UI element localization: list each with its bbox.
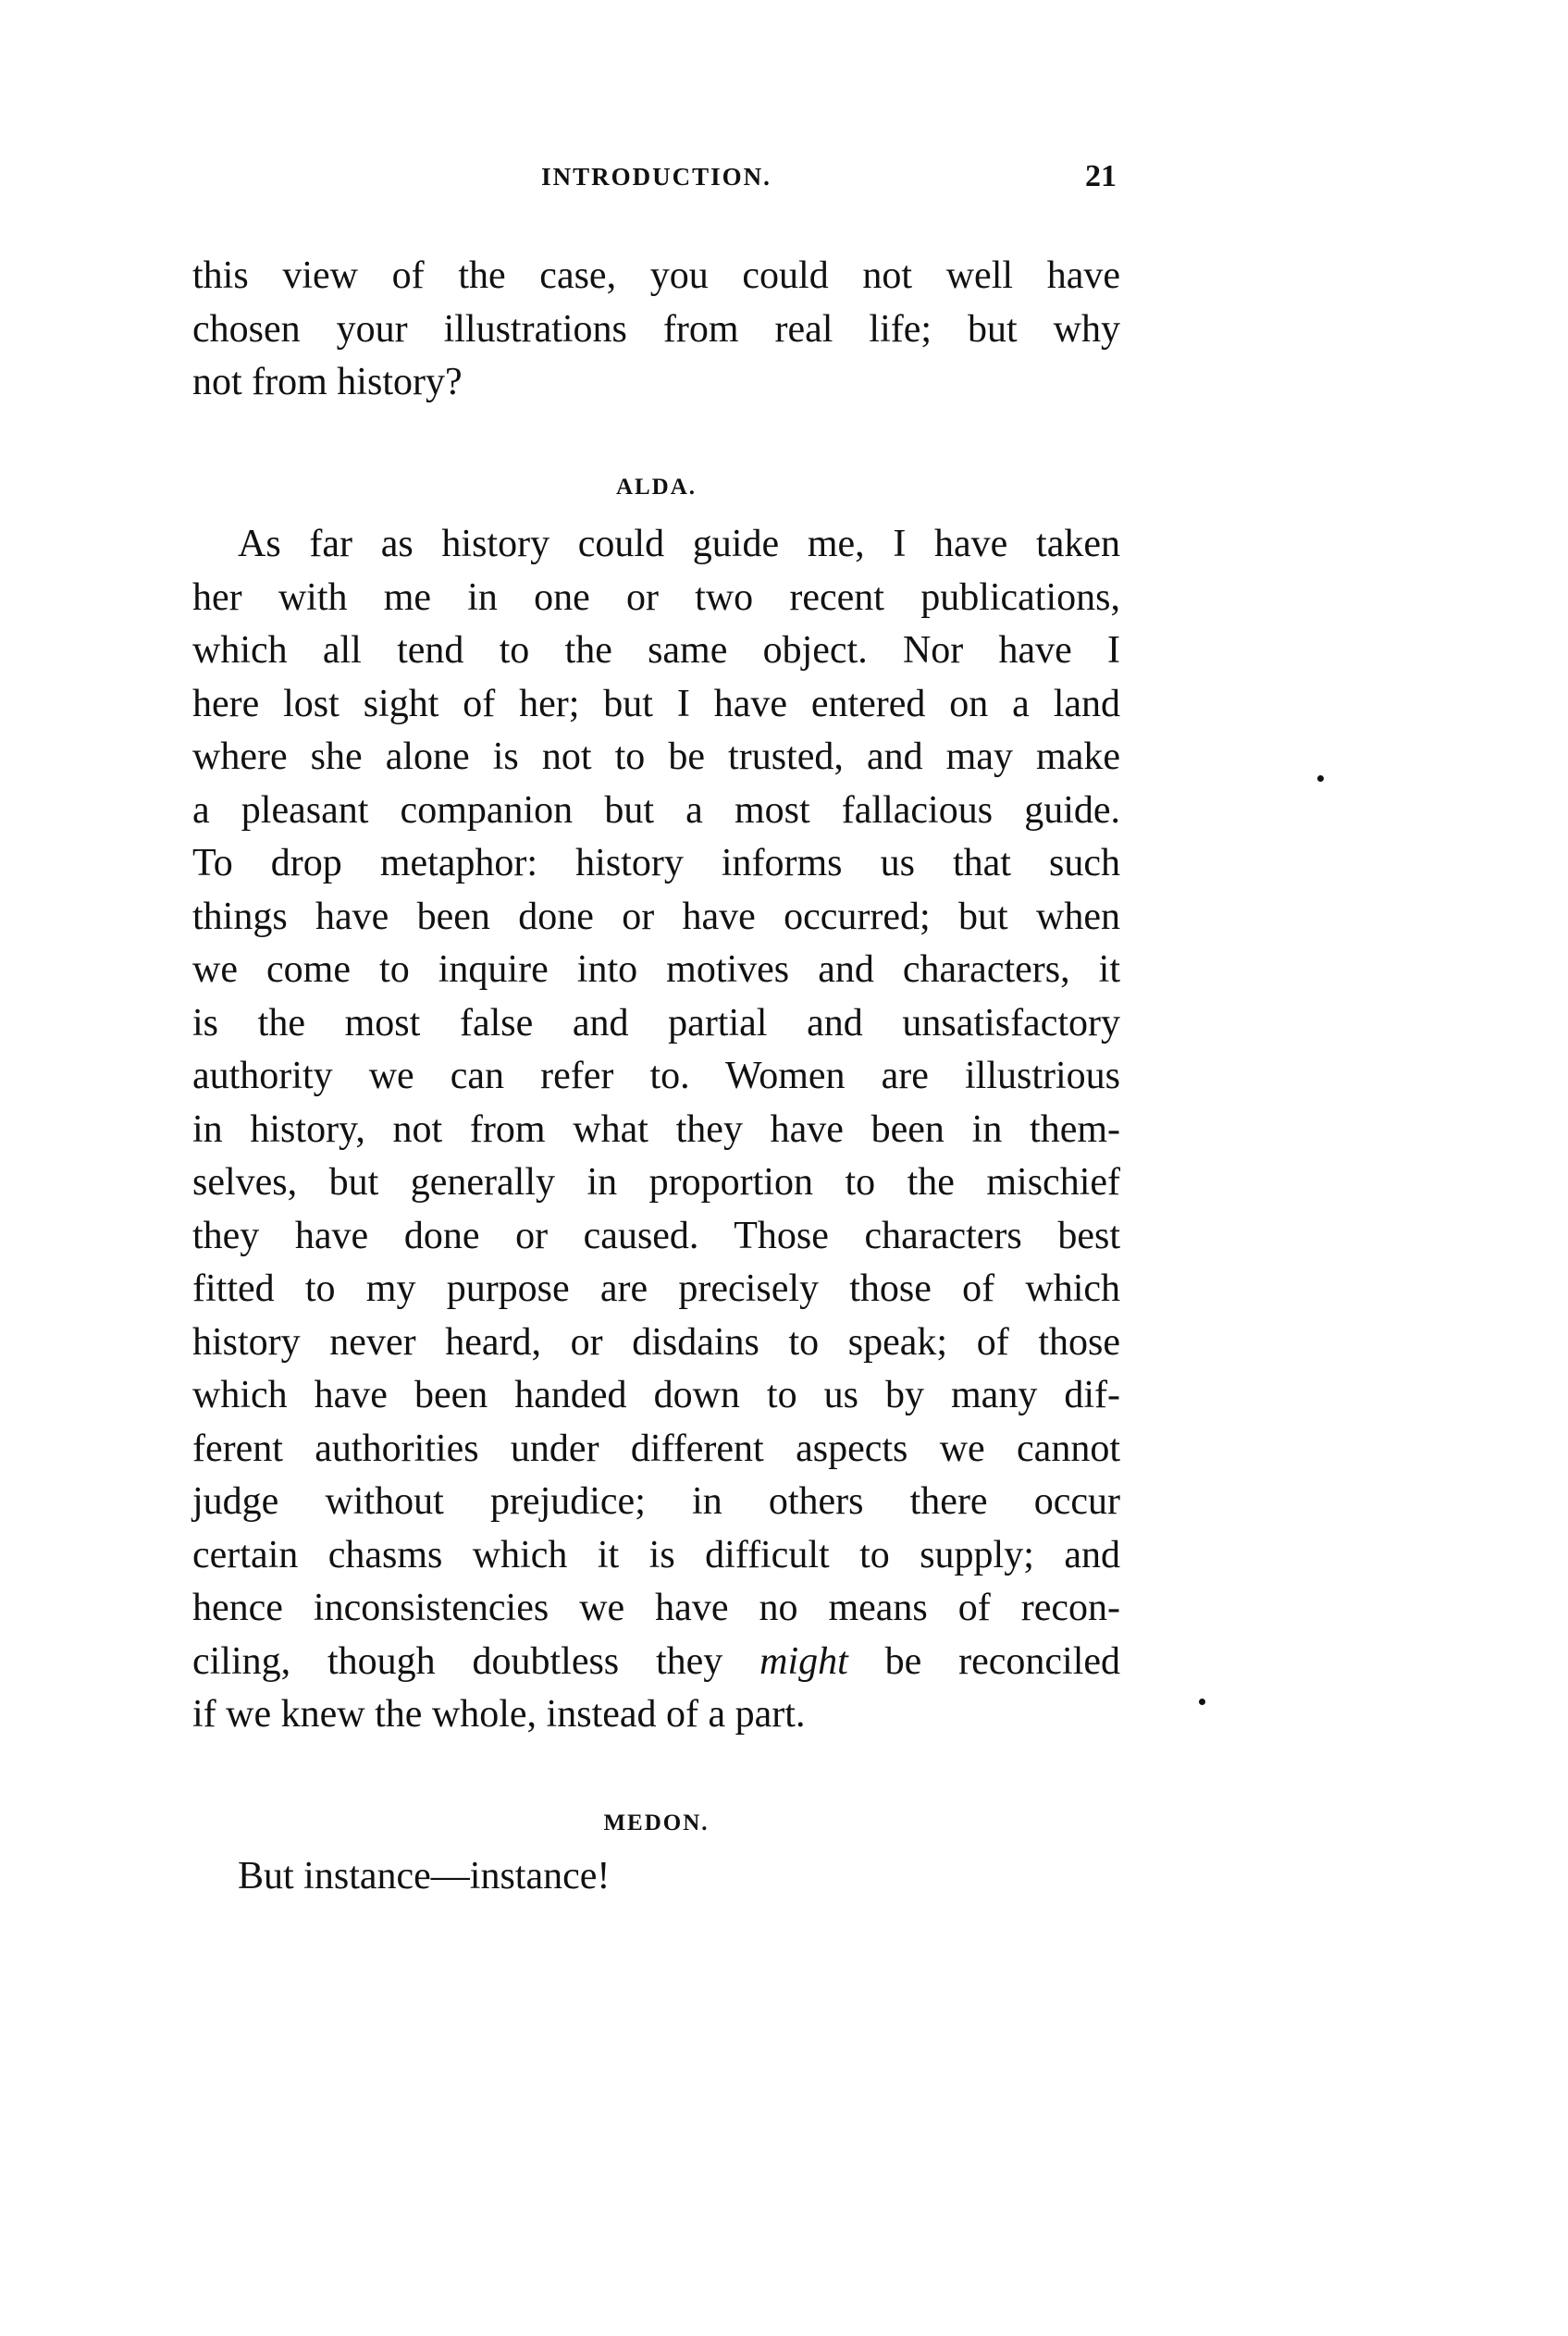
text-line: this view of the case, you could not wel… <box>192 250 1120 303</box>
text-line: chosen your illustrations from real life… <box>192 303 1120 357</box>
text-line: her with me in one or two recent publica… <box>192 572 1120 625</box>
scan-speck <box>1199 1699 1205 1705</box>
text-line: things have been done or have occurred; … <box>192 891 1120 945</box>
text-line: ferent authorities under different aspec… <box>192 1423 1120 1477</box>
text-line: which all tend to the same object. Nor h… <box>192 624 1120 678</box>
text-line: To drop metaphor: history informs us tha… <box>192 837 1120 891</box>
text-line: which have been handed down to us by man… <box>192 1369 1120 1423</box>
text-line: in history, not from what they have been… <box>192 1104 1120 1157</box>
text-line: authority we can refer to. Women are ill… <box>192 1050 1120 1104</box>
text-span: ciling, though doubtless they <box>192 1640 722 1683</box>
text-line: certain chasms which it is difficult to … <box>192 1529 1120 1583</box>
speech-alda: As far as history could guide me, I have… <box>192 518 1120 1742</box>
scan-speck <box>1317 775 1324 782</box>
page-number: 21 <box>1085 159 1117 194</box>
speaker-name-alda: ALDA. <box>192 475 1120 501</box>
text-line: history never heard, or disdains to spea… <box>192 1316 1120 1370</box>
speaker-name-medon: MEDON. <box>192 1811 1120 1836</box>
italic-word: might <box>759 1640 848 1683</box>
text-line: judge without prejudice; in others there… <box>192 1476 1120 1529</box>
running-header: INTRODUCTION. 21 <box>192 163 1120 200</box>
text-line: if we knew the whole, instead of a part. <box>192 1688 1120 1742</box>
text-line: fitted to my purpose are precisely those… <box>192 1263 1120 1316</box>
text-line: we come to inquire into motives and char… <box>192 944 1120 997</box>
text-line: they have done or caused. Those characte… <box>192 1210 1120 1264</box>
text-line: hence inconsistencies we have no means o… <box>192 1582 1120 1636</box>
running-title: INTRODUCTION. <box>192 163 1120 192</box>
text-line: where she alone is not to be trusted, an… <box>192 731 1120 785</box>
text-line: is the most false and partial and unsati… <box>192 997 1120 1051</box>
text-line: selves, but generally in proportion to t… <box>192 1156 1120 1210</box>
speech-medon: But instance—instance! <box>192 1850 1120 1904</box>
text-line: not from history? <box>192 356 1120 410</box>
continuation-paragraph: this view of the case, you could not wel… <box>192 250 1120 410</box>
text-line: But instance—instance! <box>192 1850 1120 1904</box>
text-line: here lost sight of her; but I have enter… <box>192 678 1120 732</box>
text-span: be reconciled <box>885 1640 1120 1683</box>
text-line-with-italic: ciling, though doubtless they might be r… <box>192 1636 1120 1689</box>
text-line: As far as history could guide me, I have… <box>192 518 1120 572</box>
text-line: a pleasant companion but a most fallacio… <box>192 785 1120 838</box>
